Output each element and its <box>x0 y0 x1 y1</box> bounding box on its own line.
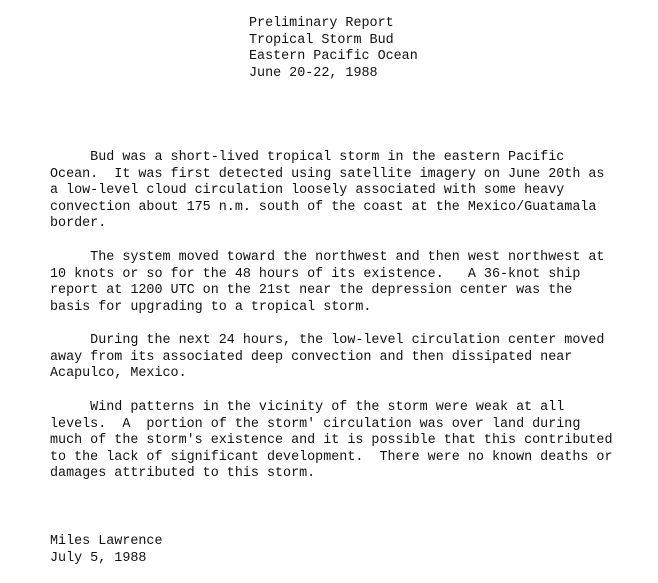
paragraph-line: Wind patterns in the vicinity of the sto… <box>50 400 613 417</box>
paragraph-line: border. <box>50 216 604 233</box>
paragraph-line: Bud was a short-lived tropical storm in … <box>50 150 604 167</box>
paragraph-line: The system moved toward the northwest an… <box>50 250 604 267</box>
paragraph-line: a low-level cloud circulation loosely as… <box>50 183 604 200</box>
paragraph-line: away from its associated deep convection… <box>50 350 604 367</box>
paragraph-overview: Bud was a short-lived tropical storm in … <box>50 150 604 233</box>
paragraph-line: levels. A portion of the storm' circulat… <box>50 417 613 434</box>
paragraph-line: Acapulco, Mexico. <box>50 366 604 383</box>
paragraph-dissipation: During the next 24 hours, the low-level … <box>50 333 604 383</box>
paragraph-line: Ocean. It was first detected using satel… <box>50 167 604 184</box>
paragraph-line: damages attributed to this storm. <box>50 466 613 483</box>
ocean-basin: Eastern Pacific Ocean <box>249 49 418 66</box>
paragraph-line: convection about 175 n.m. south of the c… <box>50 200 604 217</box>
paragraph-line: basis for upgrading to a tropical storm. <box>50 300 604 317</box>
paragraph-line: During the next 24 hours, the low-level … <box>50 333 604 350</box>
paragraph-line: to the lack of significant development. … <box>50 450 613 467</box>
report-title: Preliminary Report <box>249 16 418 33</box>
paragraph-track: The system moved toward the northwest an… <box>50 250 604 316</box>
paragraph-line: much of the storm's existence and it is … <box>50 433 613 450</box>
storm-dates: June 20-22, 1988 <box>249 66 418 83</box>
paragraph-line: 10 knots or so for the 48 hours of its e… <box>50 267 604 284</box>
signature-block: Miles Lawrence July 5, 1988 <box>50 534 163 567</box>
paragraph-impacts: Wind patterns in the vicinity of the sto… <box>50 400 613 483</box>
storm-name: Tropical Storm Bud <box>249 33 418 50</box>
paragraph-line: report at 1200 UTC on the 21st near the … <box>50 283 604 300</box>
report-header: Preliminary Report Tropical Storm Bud Ea… <box>249 16 418 82</box>
signature-date: July 5, 1988 <box>50 551 163 568</box>
author-name: Miles Lawrence <box>50 534 163 551</box>
